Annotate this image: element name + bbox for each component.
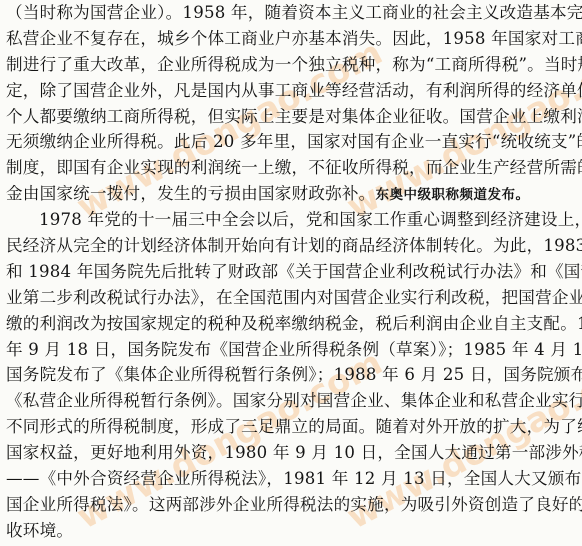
text-line: 和 1984 年国务院先后批转了财政部《关于国营企业利改税试行办法》和《国营企 bbox=[6, 259, 578, 285]
text-line: 个人都要缴纳工商所得税，但实际上主要是对集体企业征收。国营企业上缴利润， bbox=[6, 104, 578, 130]
text-line: 制度，即国有企业实现的利润统一上缴，不征收所得税，而企业生产经营所需的资 bbox=[6, 155, 578, 181]
text-line: 无须缴纳企业所得税。此后 20 多年里，国家对国有企业一直实行“统收统支”的 bbox=[6, 129, 578, 155]
text-line: 制进行了重大改革，企业所得税成为一个独立税种，称为“工商所得税”。当时规 bbox=[6, 52, 578, 78]
text-line: （当时称为国营企业）。1958 年，随着资本主义工商业的社会主义改造基本完成， bbox=[6, 0, 578, 26]
source-credit: 东奥中级职称频道发布。 bbox=[375, 187, 529, 203]
text-line: 金由国家统一拨付，发生的亏损由国家财政弥补。东奥中级职称频道发布。 bbox=[6, 181, 578, 207]
text-line: 缴的利润改为按国家规定的税种及税率缴纳税金，税后利润由企业自主支配。1984 bbox=[6, 311, 578, 337]
text-line: 民经济从完全的计划经济体制开始向有计划的商品经济体制转化。为此，1983 年 bbox=[6, 233, 578, 259]
text-line: 不同形式的所得税制度，形成了三足鼎立的局面。随着对外开放的扩大，为了维护 bbox=[6, 414, 578, 440]
text-line: 年 9 月 18 日，国务院发布《国营企业所得税条例（草案）》；1985 年 4… bbox=[6, 337, 578, 363]
text-line: 国家权益，更好地利用外资，1980 年 9 月 10 日，全国人大通过第一部涉外… bbox=[6, 440, 578, 466]
text-line: 国企业所得税法》。这两部涉外企业所得税法的实施，为吸引外资创造了良好的税 bbox=[6, 492, 578, 518]
text-line: 私营企业不复存在，城乡个体工商业户亦基本消失。因此，1958 年国家对工商税 bbox=[6, 26, 578, 52]
text-line: 国务院发布了《集体企业所得税暂行条例》；1988 年 6 月 25 日，国务院颁… bbox=[6, 362, 578, 388]
text-line: 定，除了国营企业外，凡是国内从事工商业等经营活动，有利润所得的经济单位和 bbox=[6, 78, 578, 104]
text-span: 金由国家统一拨付，发生的亏损由国家财政弥补。 bbox=[6, 184, 375, 203]
text-line: ——《中外合资经营企业所得税法》，1981 年 12 月 13 日，全国人大又颁… bbox=[6, 466, 578, 492]
text-line: 业第二步利改税试行办法》，在全国范围内对国营企业实行利改税，把国营企业上 bbox=[6, 285, 578, 311]
document-body: （当时称为国营企业）。1958 年，随着资本主义工商业的社会主义改造基本完成， … bbox=[6, 0, 578, 544]
text-line: 《私营企业所得税暂行条例》。国家分别对国营企业、集体企业和私营企业实行了 bbox=[6, 388, 578, 414]
text-line: 收环境。 bbox=[6, 518, 578, 544]
paragraph-start-line: 1978 年党的十一届三中全会以后，党和国家工作重心调整到经济建设上，国 bbox=[6, 207, 578, 233]
